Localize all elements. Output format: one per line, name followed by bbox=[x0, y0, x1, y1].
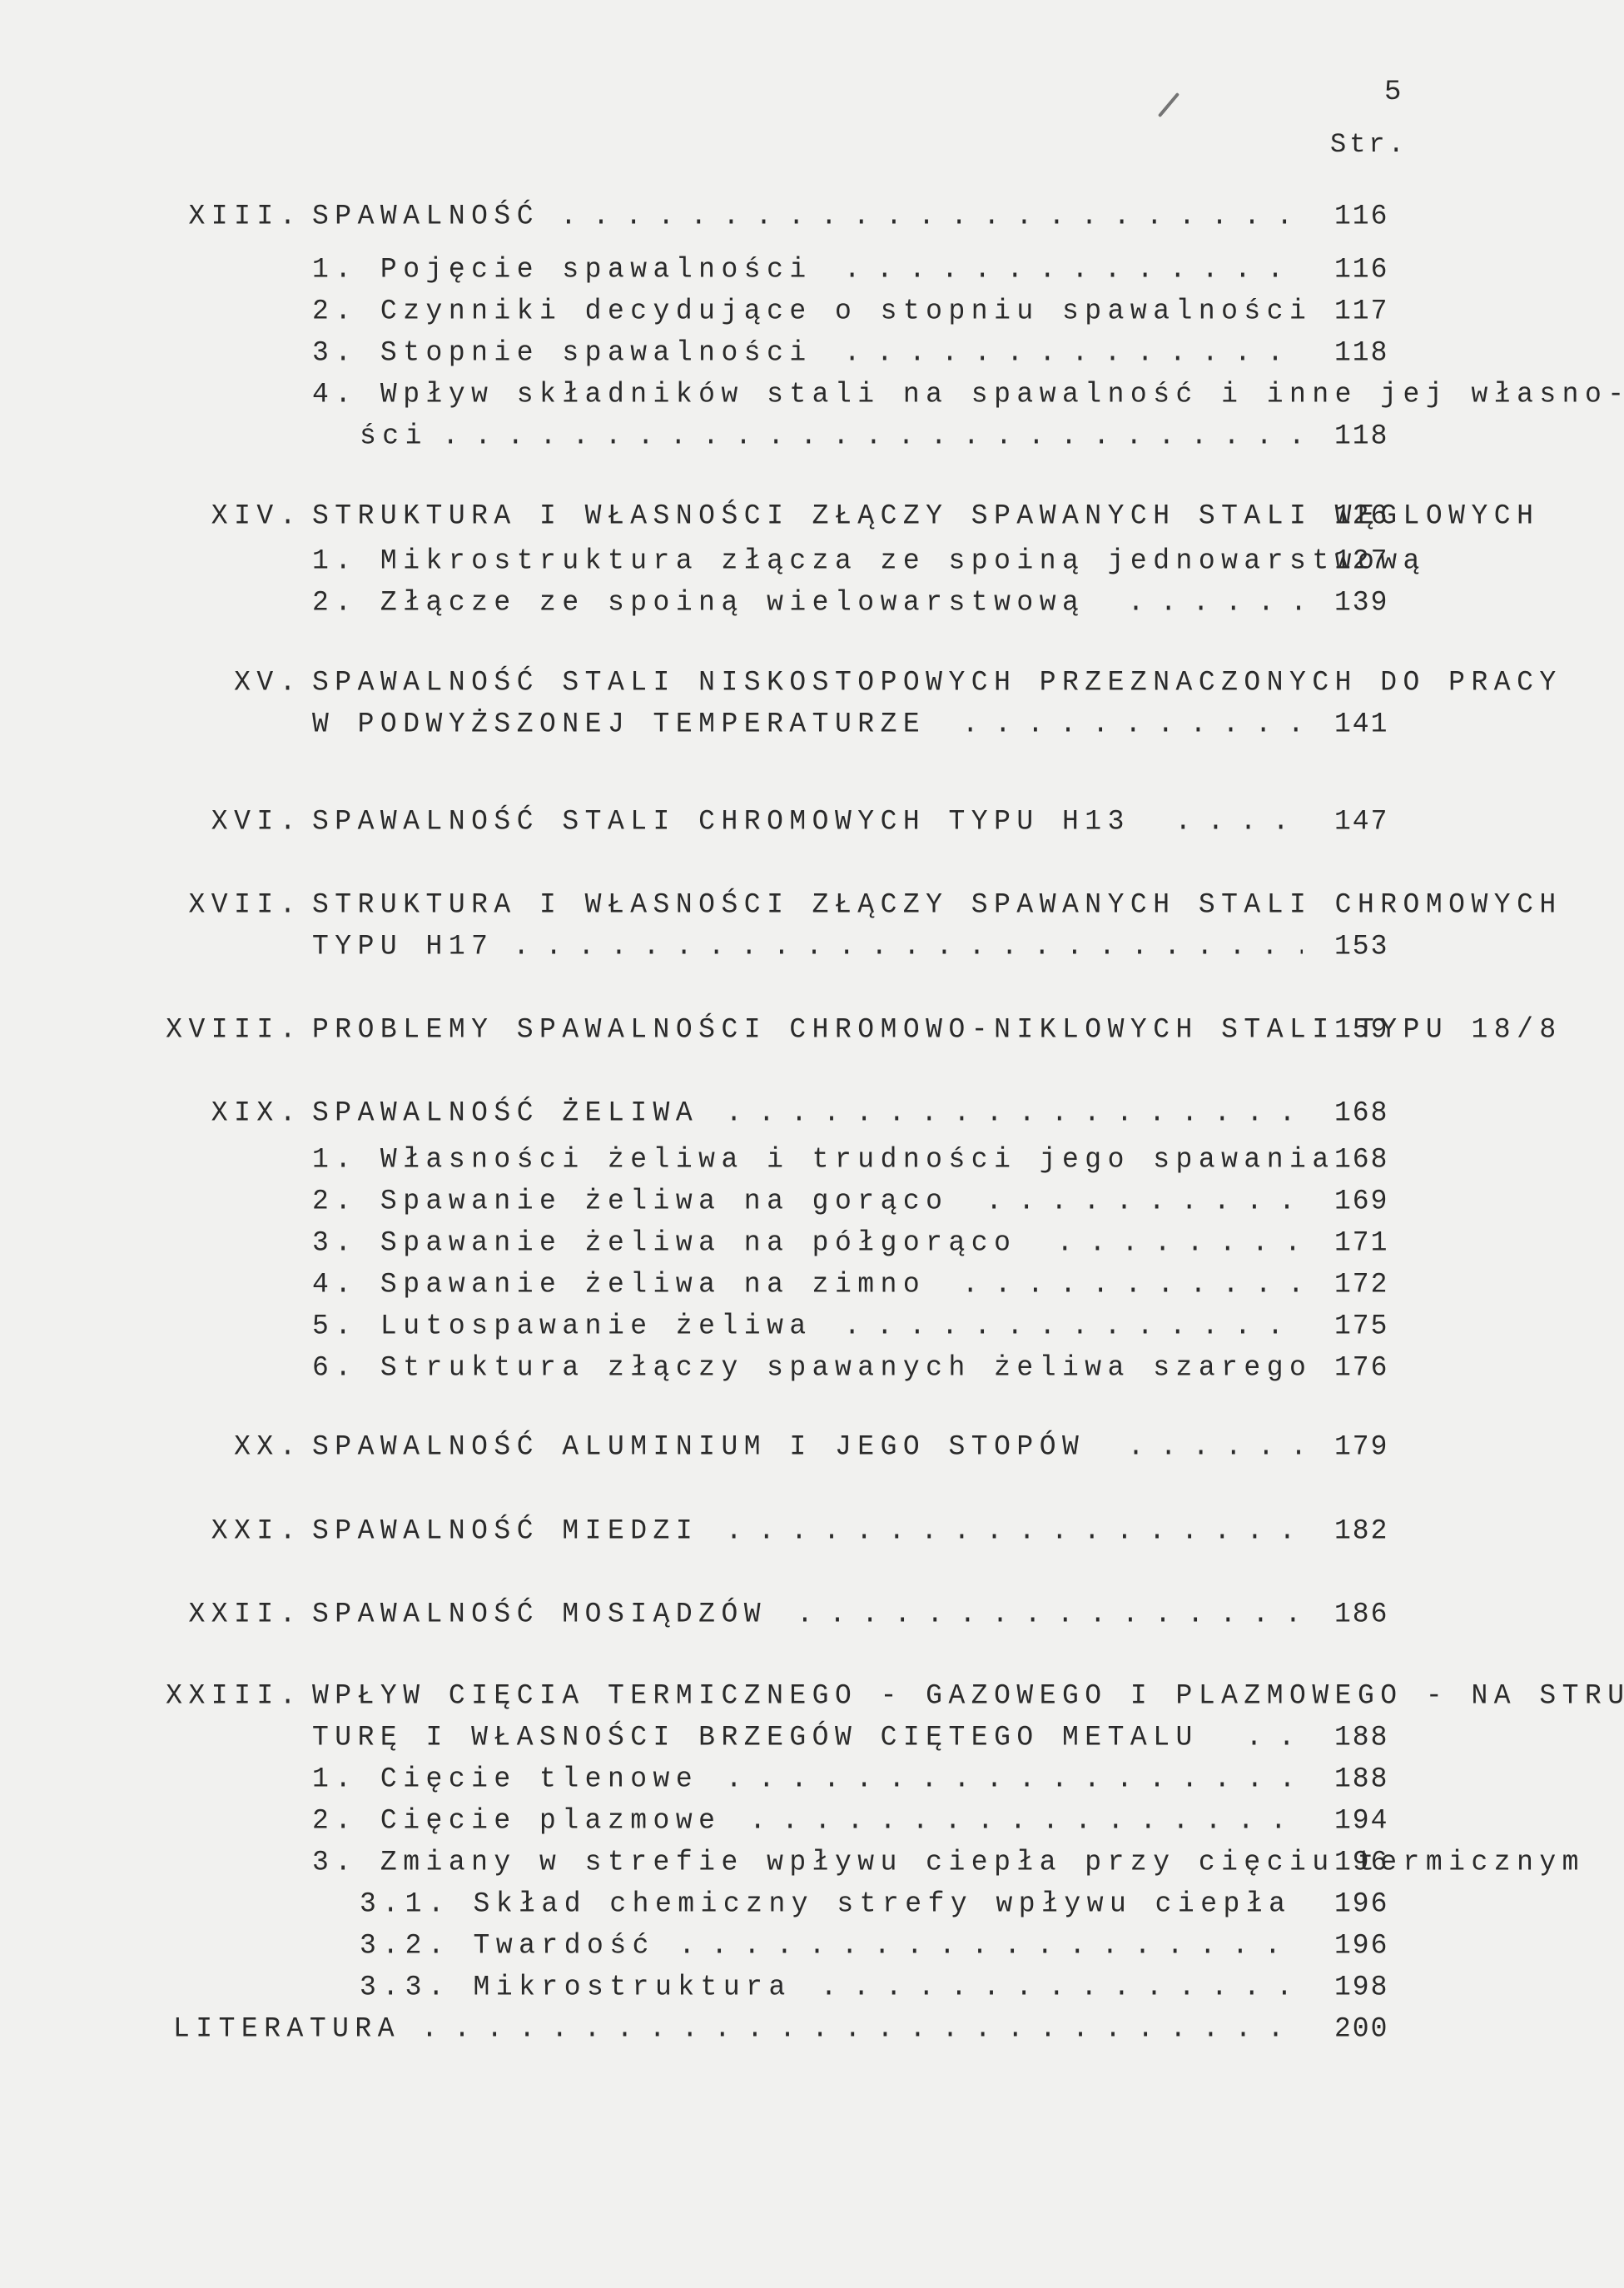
entry-page-number: 141 bbox=[1334, 705, 1388, 744]
entry-page-number: 176 bbox=[1334, 1349, 1388, 1387]
entry-title: SPAWALNOŚĆ ŻELIWA bbox=[312, 1094, 698, 1132]
dot-leader: ........................................… bbox=[844, 251, 1303, 289]
entry-page-number: 159 bbox=[1334, 1011, 1388, 1049]
dot-leader: ........................................… bbox=[797, 1595, 1303, 1634]
entry-title: SPAWALNOŚĆ MIEDZI bbox=[312, 1512, 698, 1550]
toc-chapter-line: XV.SPAWALNOŚĆ STALI NISKOSTOPOWYCH PRZEZ… bbox=[0, 664, 1624, 702]
entry-title: SPAWALNOŚĆ STALI CHROMOWYCH TYPU H13 bbox=[312, 803, 1130, 841]
dot-leader: ........................................… bbox=[962, 1266, 1303, 1304]
entry-page-number: 175 bbox=[1334, 1307, 1388, 1345]
entry-page-number: 200 bbox=[1334, 2010, 1388, 2048]
dot-leader: ........................................… bbox=[442, 417, 1303, 455]
entry-page-number: 118 bbox=[1334, 334, 1388, 372]
dot-leader: ........................................… bbox=[844, 334, 1303, 372]
chapter-number: XX. bbox=[234, 1428, 302, 1466]
entry-title: TYPU H17 bbox=[312, 928, 494, 966]
chapter-number: XVIII. bbox=[166, 1011, 302, 1049]
dot-leader: ........................................… bbox=[1128, 584, 1303, 622]
toc-chapter-line: XIV.STRUKTURA I WŁASNOŚCI ZŁĄCZY SPAWANY… bbox=[0, 497, 1624, 535]
dot-leader: ........................................… bbox=[1175, 803, 1303, 841]
toc-section-line: 2. Złącze ze spoiną wielowarstwową......… bbox=[0, 584, 1624, 622]
entry-title: SPAWALNOŚĆ ALUMINIUM I JEGO STOPÓW bbox=[312, 1428, 1085, 1466]
entry-title: 2. Złącze ze spoiną wielowarstwową bbox=[312, 584, 1085, 622]
entry-title: LITERATURA bbox=[173, 2010, 400, 2048]
chapter-number: XV. bbox=[234, 664, 302, 702]
dot-leader: ........................................… bbox=[749, 1802, 1303, 1840]
dot-leader: ........................................… bbox=[513, 928, 1303, 966]
dot-leader: ........................................… bbox=[1056, 1224, 1303, 1262]
entry-page-number: 168 bbox=[1334, 1141, 1388, 1179]
toc-section-line: 2. Spawanie żeliwa na gorąco............… bbox=[0, 1182, 1624, 1221]
toc-chapter-line: XVII.STRUKTURA I WŁASNOŚCI ZŁĄCZY SPAWAN… bbox=[0, 886, 1624, 924]
chapter-number: XVII. bbox=[188, 886, 302, 924]
entry-title: 2. Cięcie plazmowe bbox=[312, 1802, 721, 1840]
entry-page-number: 139 bbox=[1334, 584, 1388, 622]
entry-page-number: 116 bbox=[1334, 197, 1388, 236]
toc-section-line: 5. Lutospawanie żeliwa..................… bbox=[0, 1307, 1624, 1345]
entry-page-number: 117 bbox=[1334, 292, 1388, 331]
toc-chapter-line: TYPU H17................................… bbox=[0, 928, 1624, 966]
entry-title: 3.2. Twardość bbox=[360, 1927, 655, 1965]
chapter-number: XIV. bbox=[211, 497, 302, 535]
toc-chapter-line: XVIII.PROBLEMY SPAWALNOŚCI CHROMOWO-NIKL… bbox=[0, 1011, 1624, 1049]
entry-page-number: 169 bbox=[1334, 1182, 1388, 1221]
entry-title: 4. Wpływ składników stali na spawalność … bbox=[312, 376, 1624, 414]
entry-title: 4. Spawanie żeliwa na zimno bbox=[312, 1266, 926, 1304]
toc-section-line: 3. Zmiany w strefie wpływu ciepła przy c… bbox=[0, 1843, 1624, 1882]
entry-title: 2. Spawanie żeliwa na gorąco bbox=[312, 1182, 949, 1221]
toc-section-line: 6. Struktura złączy spawanych żeliwa sza… bbox=[0, 1349, 1624, 1387]
toc-section-line: 4. Spawanie żeliwa na zimno.............… bbox=[0, 1266, 1624, 1304]
chapter-number: XXII. bbox=[188, 1595, 302, 1634]
entry-title: 2. Czynniki decydujące o stopniu spawaln… bbox=[312, 292, 1312, 331]
entry-title: WPŁYW CIĘCIA TERMICZNEGO - GAZOWEGO I PL… bbox=[312, 1677, 1624, 1715]
entry-page-number: 126 bbox=[1334, 497, 1388, 535]
entry-title: SPAWALNOŚĆ STALI NISKOSTOPOWYCH PRZEZNAC… bbox=[312, 664, 1562, 702]
entry-page-number: 186 bbox=[1334, 1595, 1388, 1634]
pen-mark bbox=[1158, 92, 1180, 117]
dot-leader: ........................................… bbox=[1246, 1718, 1303, 1757]
toc-section-line: 3. Spawanie żeliwa na półgorąco.........… bbox=[0, 1224, 1624, 1262]
dot-leader: ........................................… bbox=[844, 1307, 1303, 1345]
toc-section-line: 1. Pojęcie spawalności..................… bbox=[0, 251, 1624, 289]
entry-page-number: 127 bbox=[1334, 542, 1388, 580]
entry-page-number: 168 bbox=[1334, 1094, 1388, 1132]
dot-leader: ........................................… bbox=[1128, 1428, 1303, 1466]
chapter-number: XIII. bbox=[188, 197, 302, 236]
entry-page-number: 194 bbox=[1334, 1802, 1388, 1840]
entry-page-number: 116 bbox=[1334, 251, 1388, 289]
chapter-number: XXIII. bbox=[166, 1677, 302, 1715]
dot-leader: ........................................… bbox=[986, 1182, 1303, 1221]
column-header-page: Str. bbox=[1330, 129, 1408, 160]
entry-page-number: 147 bbox=[1334, 803, 1388, 841]
entry-title: 1. Cięcie tlenowe bbox=[312, 1760, 698, 1798]
entry-page-number: 171 bbox=[1334, 1224, 1388, 1262]
entry-page-number: 196 bbox=[1334, 1885, 1388, 1923]
toc-chapter-line: XVI.SPAWALNOŚĆ STALI CHROMOWYCH TYPU H13… bbox=[0, 803, 1624, 841]
entry-page-number: 196 bbox=[1334, 1927, 1388, 1965]
toc-chapter-line: XXI.SPAWALNOŚĆ MIEDZI...................… bbox=[0, 1512, 1624, 1550]
entry-title: 1. Mikrostruktura złącza ze spoiną jedno… bbox=[312, 542, 1426, 580]
toc-section-line: 3. Stopnie spawalności..................… bbox=[0, 334, 1624, 372]
entry-title: 3. Zmiany w strefie wpływu ciepła przy c… bbox=[312, 1843, 1585, 1882]
entry-title: SPAWALNOŚĆ MOSIĄDZÓW bbox=[312, 1595, 767, 1634]
entry-page-number: 118 bbox=[1334, 417, 1388, 455]
entry-page-number: 196 bbox=[1334, 1843, 1388, 1882]
chapter-number: XVI. bbox=[211, 803, 302, 841]
toc-chapter-line: W PODWYŻSZONEJ TEMPERATURZE.............… bbox=[0, 705, 1624, 744]
toc-section-line: 1. Własności żeliwa i trudności jego spa… bbox=[0, 1141, 1624, 1179]
toc-section-line: ści.....................................… bbox=[0, 417, 1624, 455]
toc-section-line: 3.3. Mikrostruktura.....................… bbox=[0, 1968, 1624, 2007]
chapter-number: XXI. bbox=[211, 1512, 302, 1550]
entry-title: ści bbox=[360, 417, 428, 455]
entry-page-number: 188 bbox=[1334, 1760, 1388, 1798]
toc-section-line: 1. Mikrostruktura złącza ze spoiną jedno… bbox=[0, 542, 1624, 580]
dot-leader: ........................................… bbox=[560, 197, 1303, 236]
toc-chapter-line: TURĘ I WŁASNOŚCI BRZEGÓW CIĘTEGO METALU.… bbox=[0, 1718, 1624, 1757]
dot-leader: ........................................… bbox=[962, 705, 1303, 744]
dot-leader: ........................................… bbox=[821, 1968, 1303, 2007]
toc-section-line: 3.1. Skład chemiczny strefy wpływu ciepł… bbox=[0, 1885, 1624, 1923]
toc-section-line: 2. Cięcie plazmowe......................… bbox=[0, 1802, 1624, 1840]
dot-leader: ........................................… bbox=[726, 1512, 1303, 1550]
entry-title: SPAWALNOŚĆ bbox=[312, 197, 539, 236]
entry-title: STRUKTURA I WŁASNOŚCI ZŁĄCZY SPAWANYCH S… bbox=[312, 886, 1562, 924]
dot-leader: ........................................… bbox=[678, 1927, 1303, 1965]
entry-title: 3. Stopnie spawalności bbox=[312, 334, 812, 372]
entry-title: 3. Spawanie żeliwa na półgorąco bbox=[312, 1224, 1016, 1262]
entry-title: 5. Lutospawanie żeliwa bbox=[312, 1307, 812, 1345]
entry-page-number: 188 bbox=[1334, 1718, 1388, 1757]
page-number: 5 bbox=[1384, 77, 1401, 108]
entry-page-number: 179 bbox=[1334, 1428, 1388, 1466]
toc-chapter-line: XXIII.WPŁYW CIĘCIA TERMICZNEGO - GAZOWEG… bbox=[0, 1677, 1624, 1715]
entry-page-number: 172 bbox=[1334, 1266, 1388, 1304]
toc-section-line: 2. Czynniki decydujące o stopniu spawaln… bbox=[0, 292, 1624, 331]
toc-chapter-line: XX.SPAWALNOŚĆ ALUMINIUM I JEGO STOPÓW...… bbox=[0, 1428, 1624, 1466]
toc-chapter-line: LITERATURA..............................… bbox=[0, 2010, 1624, 2048]
entry-title: 3.3. Mikrostruktura bbox=[360, 1968, 792, 2007]
entry-title: 1. Własności żeliwa i trudności jego spa… bbox=[312, 1141, 1335, 1179]
toc-section-line: 1. Cięcie tlenowe.......................… bbox=[0, 1760, 1624, 1798]
dot-leader: ........................................… bbox=[726, 1760, 1303, 1798]
toc-chapter-line: XIX.SPAWALNOŚĆ ŻELIWA...................… bbox=[0, 1094, 1624, 1132]
toc-section-line: 3.2. Twardość...........................… bbox=[0, 1927, 1624, 1965]
entry-title: W PODWYŻSZONEJ TEMPERATURZE bbox=[312, 705, 926, 744]
entry-page-number: 153 bbox=[1334, 928, 1388, 966]
entry-title: 3.1. Skład chemiczny strefy wpływu ciepł… bbox=[360, 1885, 1291, 1923]
chapter-number: XIX. bbox=[211, 1094, 302, 1132]
dot-leader: ........................................… bbox=[421, 2010, 1303, 2048]
entry-page-number: 198 bbox=[1334, 1968, 1388, 2007]
toc-section-line: 4. Wpływ składników stali na spawalność … bbox=[0, 376, 1624, 414]
entry-title: TURĘ I WŁASNOŚCI BRZEGÓW CIĘTEGO METALU bbox=[312, 1718, 1199, 1757]
entry-title: 6. Struktura złączy spawanych żeliwa sza… bbox=[312, 1349, 1312, 1387]
dot-leader: ........................................… bbox=[726, 1094, 1303, 1132]
entry-page-number: 182 bbox=[1334, 1512, 1388, 1550]
entry-title: 1. Pojęcie spawalności bbox=[312, 251, 812, 289]
toc-chapter-line: XXII.SPAWALNOŚĆ MOSIĄDZÓW...............… bbox=[0, 1595, 1624, 1634]
toc-chapter-line: XIII.SPAWALNOŚĆ.........................… bbox=[0, 197, 1624, 236]
